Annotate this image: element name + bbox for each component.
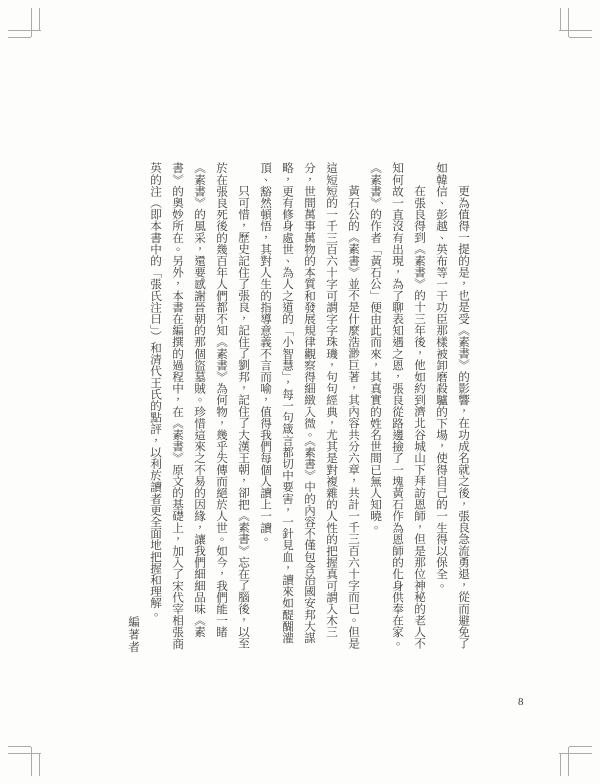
- trim-mark-line: [569, 37, 592, 38]
- trim-mark-line: [569, 746, 592, 747]
- trim-mark-top-left: [0, 0, 46, 46]
- book-page: 更為值得一提的是，也是受《素書》的影響，在功成名就之後，張良急流勇退，從而避免了…: [0, 0, 600, 784]
- trim-mark-line: [39, 754, 40, 776]
- paragraph-3: 黃石公的《素書》並不是什麼浩渺巨著，其內容共分六章，共計一千三百六十字而已。但是…: [254, 162, 364, 653]
- trim-mark-line: [559, 30, 592, 31]
- trim-mark-line: [8, 37, 31, 38]
- trim-mark-line: [568, 8, 569, 37]
- paragraph-2: 在張良得到《素書》的十三年後，他如約到濟北谷城山下拜訪恩師，但是那位神秘的老人不…: [364, 162, 430, 653]
- trim-mark-line: [8, 746, 31, 747]
- preface-text-block: 更為值得一提的是，也是受《素書》的影響，在功成名就之後，張良急流勇退，從而避免了…: [122, 162, 474, 653]
- trim-mark-line: [568, 747, 569, 776]
- author-signature: 編著者: [122, 162, 144, 653]
- trim-mark-bottom-right: [554, 738, 600, 784]
- trim-mark-top-right: [554, 0, 600, 46]
- page-number: 8: [518, 696, 524, 708]
- trim-mark-line: [31, 747, 32, 776]
- trim-mark-line: [39, 8, 40, 30]
- trim-mark-line: [560, 754, 561, 776]
- trim-mark-line: [560, 8, 561, 30]
- trim-mark-line: [559, 753, 592, 754]
- trim-mark-bottom-left: [0, 738, 46, 784]
- trim-mark-line: [31, 8, 32, 37]
- paragraph-1: 更為值得一提的是，也是受《素書》的影響，在功成名就之後，張良急流勇退，從而避免了…: [430, 162, 474, 653]
- trim-mark-line: [8, 30, 41, 31]
- paragraph-4: 只可惜，歷史記住了張良，記住了劉邦，記住了大漢王朝，卻把《素書》忘在了腦後，以至…: [144, 162, 254, 653]
- trim-mark-line: [8, 753, 41, 754]
